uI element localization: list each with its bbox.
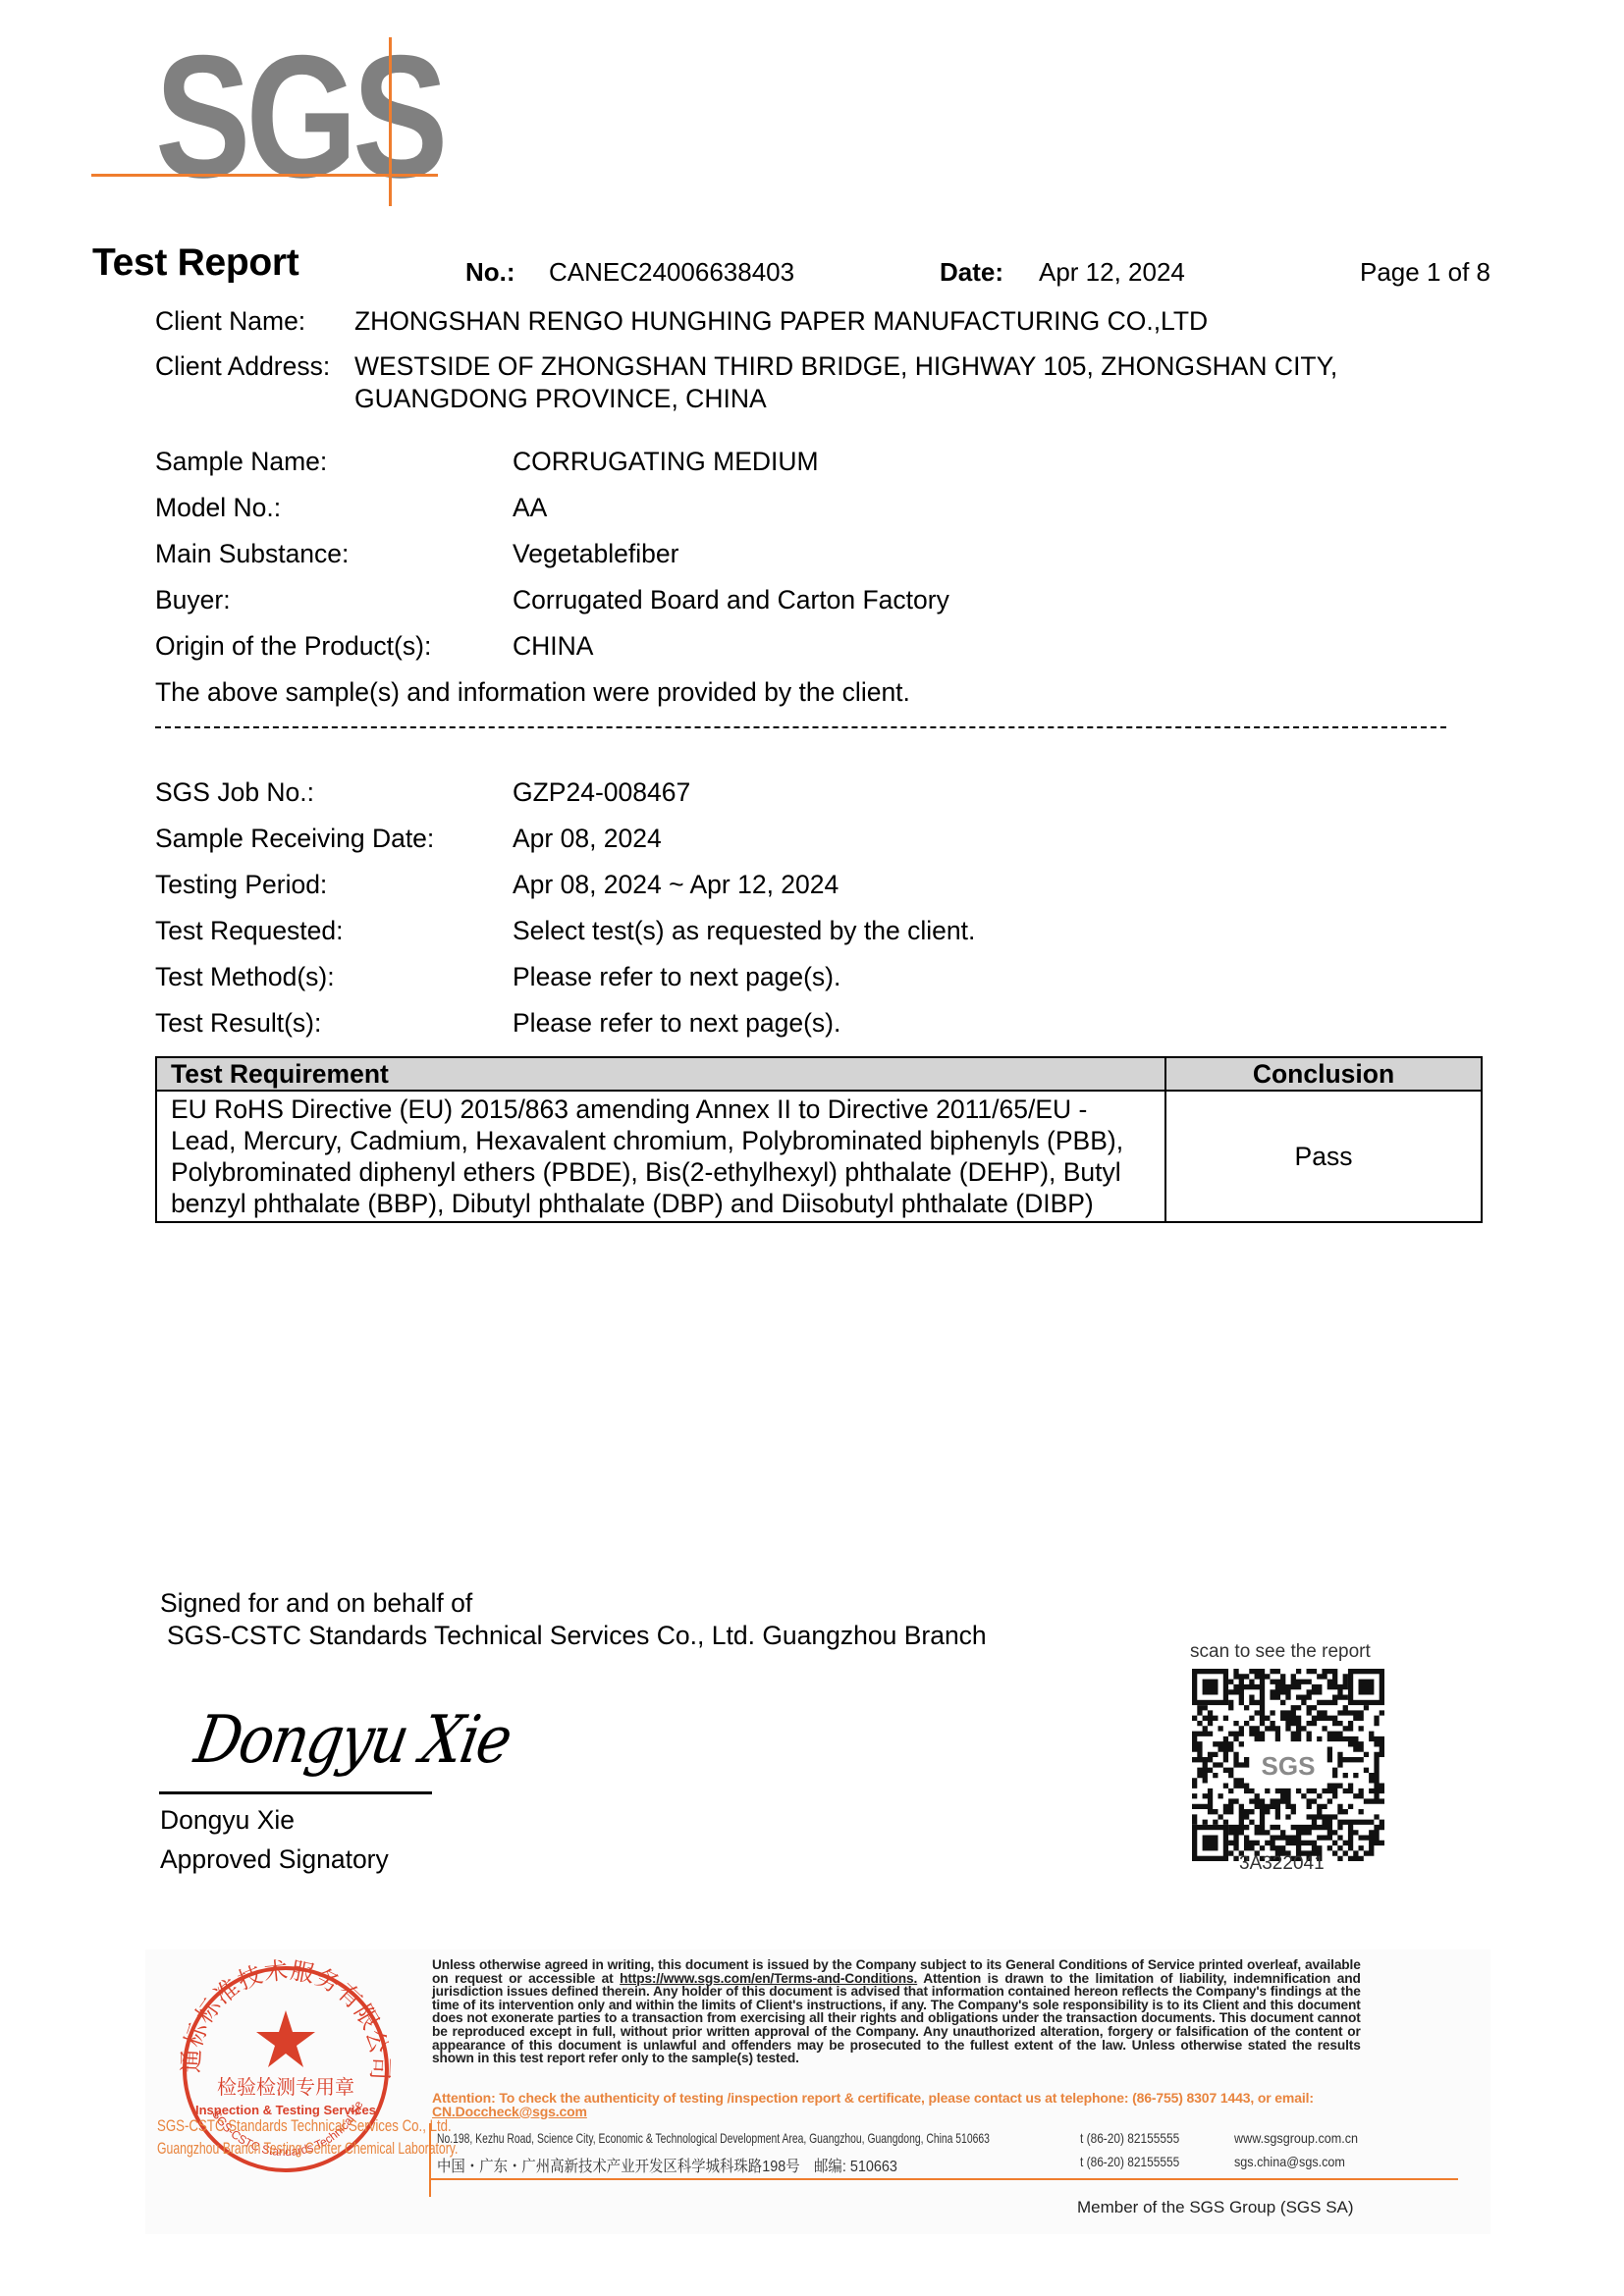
model-no-value: AA [513,493,547,523]
test-result-label: Test Result(s): [155,1008,321,1039]
test-result-value: Please refer to next page(s). [513,1008,840,1039]
qr-code-icon[interactable]: SGS [1190,1669,1386,1861]
job-no-label: SGS Job No.: [155,777,314,808]
model-no-label: Model No.: [155,493,281,523]
client-name-value: ZHONGSHAN RENGO HUNGHING PAPER MANUFACTU… [354,306,1208,337]
website-link[interactable]: www.sgsgroup.com.cn [1234,2130,1358,2146]
buyer-label: Buyer: [155,585,231,615]
sgs-group-membership: Member of the SGS Group (SGS SA) [1077,2198,1354,2217]
email-link[interactable]: sgs.china@sgs.com [1234,2154,1345,2169]
office-address-en: No.198, Kezhu Road, Science City, Econom… [437,2130,990,2146]
report-no-value: CANEC24006638403 [549,257,794,288]
origin-label: Origin of the Product(s): [155,631,431,662]
client-address-line2: GUANGDONG PROVINCE, CHINA [354,384,767,414]
table-row: EU RoHS Directive (EU) 2015/863 amending… [156,1091,1482,1222]
address-horizontal-rule [429,2178,1458,2180]
svg-text:检验检测专用章: 检验检测专用章 [217,2075,354,2099]
requirement-cell: EU RoHS Directive (EU) 2015/863 amending… [156,1091,1165,1222]
sample-name-value: CORRUGATING MEDIUM [513,447,819,477]
page-indicator: Page 1 of 8 [1360,257,1490,288]
signed-on-behalf: Signed for and on behalf of [160,1588,472,1619]
signing-company: SGS-CSTC Standards Technical Services Co… [167,1621,987,1651]
report-no-label: No.: [465,257,515,288]
client-address-line1: WESTSIDE OF ZHONGSHAN THIRD BRIDGE, HIGH… [354,351,1337,382]
buyer-value: Corrugated Board and Carton Factory [513,585,949,615]
column-header-conclusion: Conclusion [1165,1057,1482,1091]
sample-note: The above sample(s) and information were… [155,677,910,708]
telephone-1: t (86-20) 82155555 [1080,2130,1179,2146]
client-address-label: Client Address: [155,351,330,382]
doccheck-email-link[interactable]: CN.Doccheck@sgs.com [432,2104,587,2119]
report-title: Test Report [92,241,299,285]
main-substance-value: Vegetablefiber [513,539,678,569]
dashed-separator [155,726,1446,728]
column-header-requirement: Test Requirement [156,1057,1165,1091]
receiving-date-label: Sample Receiving Date: [155,824,434,854]
qr-code-id: 3A322041 [1239,1853,1325,1875]
test-requested-label: Test Requested: [155,916,344,946]
svg-text:SGS: SGS [1262,1751,1316,1781]
testing-period-label: Testing Period: [155,870,327,900]
logo-horizontal-rule [91,174,438,177]
conclusion-cell: Pass [1165,1091,1482,1222]
qr-caption: scan to see the report [1190,1641,1371,1663]
office-address-cn: 中国・广东・广州高新技术产业开发区科学城科珠路198号 邮编: 510663 [437,2154,897,2176]
address-vertical-rule [429,2123,431,2197]
disclaimer-text-2: Attention is drawn to the limitation of … [432,1970,1361,2066]
signatory-title: Approved Signatory [160,1844,389,1875]
testing-period-value: Apr 08, 2024 ~ Apr 12, 2024 [513,870,839,900]
logo-vertical-rule [389,37,392,206]
test-requested-value: Select test(s) as requested by the clien… [513,916,975,946]
authenticity-notice: Attention: To check the authenticity of … [432,2092,1394,2118]
test-method-label: Test Method(s): [155,962,335,992]
sgs-logo: SGS [155,29,443,204]
client-name-label: Client Name: [155,306,305,337]
handwritten-signature: Dongyu Xie [189,1701,515,1778]
sample-name-label: Sample Name: [155,447,327,477]
svg-text:通标标准技术服务有限公司广州分公司: 通标标准技术服务有限公司广州分公司 [167,1959,394,2081]
test-method-value: Please refer to next page(s). [513,962,840,992]
lab-company-line2: Guangzhou Branch Testing Center Chemical… [157,2139,458,2159]
legal-disclaimer: Unless otherwise agreed in writing, this… [432,1958,1361,2065]
signature-line [159,1791,432,1794]
receiving-date-value: Apr 08, 2024 [513,824,662,854]
report-date-label: Date: [940,257,1003,288]
job-no-value: GZP24-008467 [513,777,690,808]
test-requirement-table: Test Requirement Conclusion EU RoHS Dire… [155,1056,1483,1223]
telephone-2: t (86-20) 82155555 [1080,2154,1179,2169]
lab-company-line1: SGS-CSTC Standards Technical Services Co… [157,2116,452,2136]
origin-value: CHINA [513,631,593,662]
table-header-row: Test Requirement Conclusion [156,1057,1482,1091]
main-substance-label: Main Substance: [155,539,349,569]
signatory-name: Dongyu Xie [160,1805,295,1836]
report-date-value: Apr 12, 2024 [1039,257,1185,288]
